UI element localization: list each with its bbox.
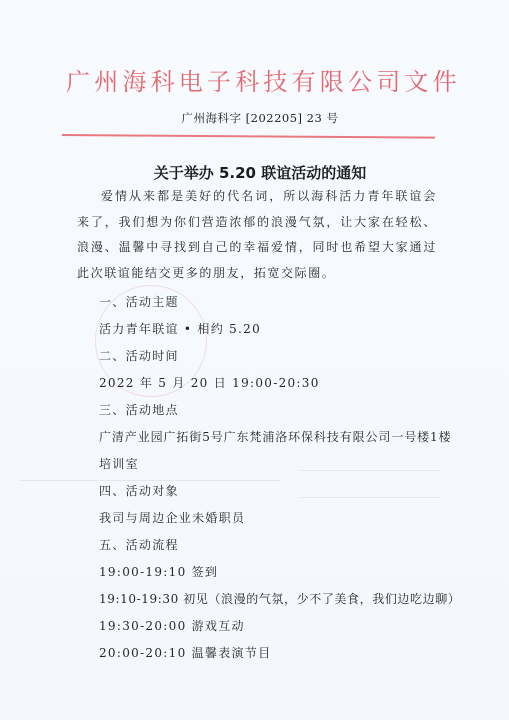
bleed-through-line — [300, 470, 440, 471]
section-content-location: 广清产业园广拓街5号广东梵浦洛环保科技有限公司一号楼1楼 — [99, 428, 451, 445]
schedule-item: 20:00-20:10 温馨表演节目 — [99, 644, 271, 661]
intro-paragraph: 爱情从来都是美好的代名词，所以海科活力青年联谊会来了，我们想为你们营造浓郁的浪漫… — [77, 184, 437, 286]
schedule-item: 19:00-19:10 签到 — [99, 563, 218, 580]
section-heading-schedule: 五、活动流程 — [99, 536, 179, 553]
section-content-audience: 我司与周边企业未婚职员 — [99, 509, 245, 526]
bleed-through-line — [20, 480, 280, 481]
section-heading-audience: 四、活动对象 — [99, 482, 179, 499]
document-number: 广州海科字 [202205] 23 号 — [60, 110, 460, 126]
section-content-location-room: 培训室 — [99, 455, 139, 472]
header-divider — [62, 134, 435, 139]
schedule-item: 19:30-20:00 游戏互动 — [99, 617, 245, 634]
notice-title: 关于举办 5.20 联谊活动的通知 — [60, 162, 460, 183]
section-content-time: 2022 年 5 月 20 日 19:00-20:30 — [99, 374, 320, 391]
document-page: 广州海科电子科技有限公司文件 广州海科字 [202205] 23 号 关于举办 … — [0, 0, 509, 720]
section-content-theme: 活力青年联谊 • 相约 5.20 — [99, 320, 261, 337]
section-heading-theme: 一、活动主题 — [99, 293, 179, 310]
bleed-through-line — [300, 497, 440, 498]
section-heading-time: 二、活动时间 — [99, 347, 179, 364]
section-heading-location: 三、活动地点 — [99, 401, 179, 418]
organization-header: 广州海科电子科技有限公司文件 — [66, 62, 446, 97]
schedule-item: 19:10-19:30 初见（浪漫的气氛，少不了美食，我们边吃边聊） — [99, 590, 460, 607]
